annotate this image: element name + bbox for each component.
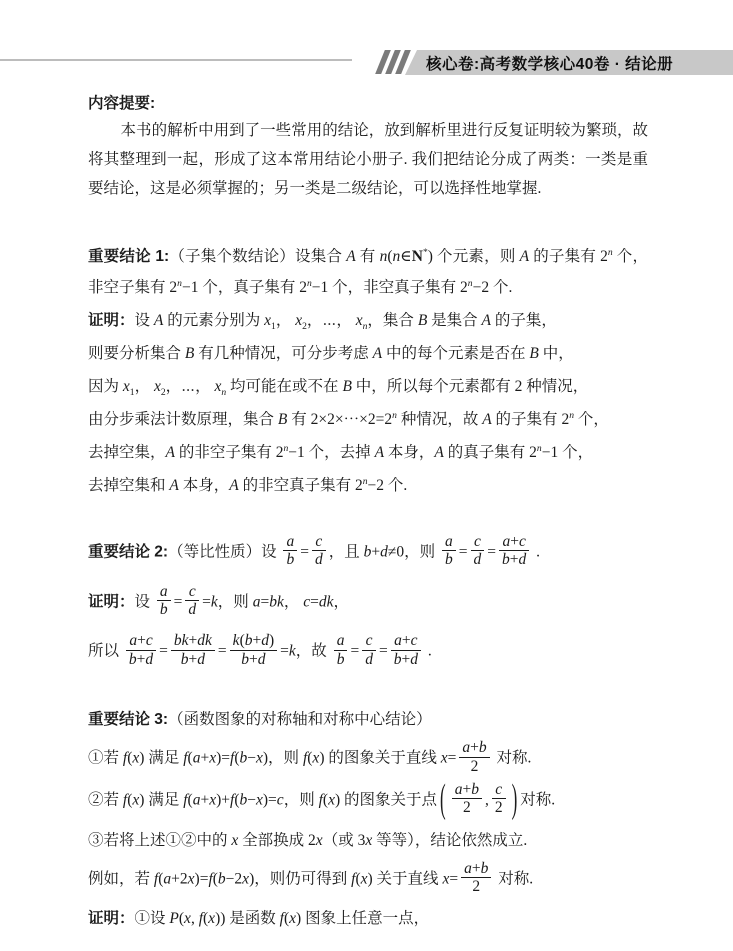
math-run: 2 — [299, 279, 307, 296]
numerator: c — [471, 533, 485, 551]
math-var: f — [280, 910, 284, 927]
math-var: b — [481, 860, 489, 877]
math-run: f(x) — [351, 870, 373, 887]
math-var: a — [286, 533, 294, 550]
math-var: a — [337, 632, 345, 649]
math-run: = — [487, 543, 496, 560]
text-run: ③若将上述①②中的 — [88, 832, 231, 849]
math-var: x — [328, 791, 335, 808]
fraction: a+cb+d — [499, 533, 529, 569]
math-var: B — [278, 411, 287, 428]
text-run: 去掉空集， — [88, 444, 166, 461]
fraction: ab — [157, 583, 171, 619]
math-var: x — [289, 910, 296, 927]
math-run: 2 — [460, 279, 468, 296]
conclusion-3-item-2: ②若 f(x) 满足 f(a+x)+f(b−x)=c，则 f(x) 的图象关于点… — [88, 783, 648, 819]
math-run: f(a+x)+f(b−x)=c — [183, 791, 283, 808]
denominator: d — [362, 651, 376, 668]
math-var: a — [160, 583, 168, 600]
math-var: f — [319, 791, 323, 808]
bold-label: 证明： — [88, 312, 135, 329]
denominator: b — [157, 601, 171, 618]
math-run: f(x) — [303, 750, 325, 767]
math-var: k — [182, 632, 189, 649]
math-var: b — [269, 593, 277, 610]
math-var: a — [462, 739, 470, 756]
math-run: n(n∈ — [380, 248, 412, 265]
text-run: ， — [135, 378, 154, 395]
math-var: A — [520, 248, 529, 265]
text-run: ①设 — [135, 910, 170, 927]
text-run: （或 — [323, 832, 358, 849]
math-var: A — [169, 477, 178, 494]
text-run: 则要分析集合 — [88, 345, 185, 362]
denominator: b+d — [391, 651, 421, 668]
math-run: f(x) — [280, 910, 302, 927]
text-run: 设 — [135, 593, 154, 610]
text-run: （等比性质）设 — [168, 543, 280, 560]
numerator: bk+dk — [171, 632, 215, 650]
text-run: 种情况，故 — [397, 411, 482, 428]
math-var: d — [365, 651, 373, 668]
math-var: x — [209, 750, 216, 767]
denominator: 2 — [492, 799, 506, 816]
page: 核心卷:高考数学核心40卷 · 结论册 内容提要:本书的解析中用到了一些常用的结… — [0, 0, 733, 951]
math-run: b+d≠0 — [364, 543, 405, 560]
math-run: = — [379, 643, 388, 660]
math-var: b — [471, 781, 479, 798]
text-run: ， — [284, 593, 303, 610]
math-run: c=dk — [303, 593, 333, 610]
math-var: c — [146, 632, 153, 649]
math-var: k — [205, 632, 212, 649]
math-run: x — [264, 312, 271, 329]
numerator: a+c — [391, 632, 421, 650]
math-var: c — [366, 632, 373, 649]
math-var: a — [394, 632, 402, 649]
text-run: 满足 — [144, 750, 183, 767]
text-run: （函数图象的对称轴和对称中心结论） — [168, 711, 432, 728]
numerator: a+c — [499, 533, 529, 551]
denominator: b+d — [499, 551, 529, 568]
conclusion-3-item-3: ③若将上述①②中的 x 全部换成 2x（或 3x 等等），结论依然成立. — [88, 825, 648, 856]
text-run: ，则 — [404, 543, 439, 560]
math-var: a — [253, 593, 261, 610]
math-var: b — [364, 543, 372, 560]
math-var: f — [230, 791, 234, 808]
math-var: b — [245, 632, 253, 649]
denominator: d — [185, 601, 199, 618]
denominator: b — [334, 651, 348, 668]
fraction: a+b2 — [452, 781, 482, 817]
math-run: −2 — [368, 477, 385, 494]
math-run: B — [185, 345, 194, 362]
math-var: A — [229, 477, 238, 494]
math-var: f — [351, 870, 355, 887]
math-var: c — [495, 781, 502, 798]
math-var: d — [474, 551, 482, 568]
math-var: d — [380, 543, 388, 560]
math-var: b — [337, 651, 345, 668]
math-var: A — [434, 444, 443, 461]
math-run: −1 — [182, 279, 199, 296]
numerator: c — [312, 533, 326, 551]
math-run: A — [375, 444, 384, 461]
math-run: f(a+x)=f(b−x) — [183, 750, 268, 767]
fraction: cd — [185, 583, 199, 619]
math-var: a — [502, 533, 510, 550]
text-run: ，则 — [268, 750, 303, 767]
text-run: 的元素分别为 — [163, 312, 264, 329]
section-conclusion-1: 重要结论 1:（子集个数结论）设集合 A 有 n(n∈N*) 个元素，则 A 的… — [88, 241, 648, 501]
fraction: cd — [362, 632, 376, 668]
math-var: b — [239, 791, 247, 808]
math-var: A — [346, 248, 355, 265]
numerator: c — [492, 781, 506, 799]
math-run: f(x) — [123, 791, 145, 808]
math-run: =k — [202, 593, 218, 610]
text-run: 因为 — [88, 378, 123, 395]
math-var: b — [286, 551, 294, 568]
math-var: f — [183, 750, 187, 767]
text-run: ，⋯， — [307, 312, 356, 329]
text-run: 个，去掉 — [305, 444, 375, 461]
math-var: d — [258, 651, 266, 668]
math-var: x — [132, 791, 139, 808]
math-run: x — [154, 378, 161, 395]
math-run: −1 — [288, 444, 305, 461]
header-rule — [0, 59, 352, 61]
text-run: 是集合 — [427, 312, 481, 329]
text-run: 均可能在或不在 — [226, 378, 342, 395]
text-run: 个，非空真子集有 — [328, 279, 460, 296]
numerator: a+b — [452, 781, 482, 799]
text-run: 个. — [384, 477, 407, 494]
text-run: 全部换成 — [238, 832, 308, 849]
math-run: B — [529, 345, 538, 362]
math-run: P(x, f(x)) — [169, 910, 225, 927]
numerator: a+b — [459, 739, 489, 757]
fraction: a+cb+d — [126, 632, 156, 668]
math-var: f — [183, 791, 187, 808]
math-var: a — [455, 781, 463, 798]
math-var: b — [502, 551, 510, 568]
math-run: A — [229, 477, 238, 494]
math-var: x — [264, 312, 271, 329]
conclusion-2-statement: 重要结论 2:（等比性质）设 ab=cd，且 b+d≠0，则 ab=cd=a+c… — [88, 535, 648, 571]
numerator: a — [334, 632, 348, 650]
conclusion-1-statement: 重要结论 1:（子集个数结论）设集合 A 有 n(n∈N*) 个元素，则 A 的… — [88, 241, 648, 303]
math-var: A — [375, 444, 384, 461]
text-run: 的子集有 — [492, 411, 562, 428]
text-run: ，则仍可得到 — [254, 870, 351, 887]
text-run: 个，真子集有 — [198, 279, 299, 296]
text-run: 本身， — [179, 477, 229, 494]
math-var: b — [181, 651, 189, 668]
conclusion-3-proof-line-1: 证明：①设 P(x, f(x)) 是函数 f(x) 图象上任意一点， — [88, 903, 648, 934]
big-right-paren: ) — [512, 762, 518, 835]
math-run: = — [459, 543, 468, 560]
document-body: 内容提要:本书的解析中用到了一些常用的结论，放到解析里进行反复证明较为繁琐，故将… — [88, 92, 648, 934]
text-run: 有几种情况，可分步考虑 — [194, 345, 372, 362]
conclusion-1-proof-line-5: 去掉空集，A 的非空子集有 2n−1 个，去掉 A 本身，A 的真子集有 2n−… — [88, 437, 648, 468]
intro-heading: 内容提要: — [88, 92, 648, 116]
math-run: A — [520, 248, 529, 265]
math-run: −2 — [473, 279, 490, 296]
math-bold-symbol: N — [412, 248, 423, 265]
math-run: B — [418, 312, 427, 329]
math-var: A — [482, 312, 491, 329]
math-run: = — [174, 593, 183, 610]
denominator: b+d — [126, 651, 156, 668]
text-run: 例如，若 — [88, 870, 154, 887]
math-run: A — [169, 477, 178, 494]
math-var: b — [241, 651, 249, 668]
math-run: f(x) — [123, 750, 145, 767]
text-run: ， — [276, 312, 295, 329]
denominator: b — [283, 551, 297, 568]
math-var: x — [208, 910, 215, 927]
math-var: k — [289, 643, 296, 660]
intro-paragraph: 本书的解析中用到了一些常用的结论，放到解析里进行反复证明较为繁琐，故将其整理到一… — [88, 116, 648, 203]
math-var: k — [327, 593, 334, 610]
math-var: c — [315, 533, 322, 550]
math-var: k — [277, 593, 284, 610]
math-var: x — [356, 312, 363, 329]
math-var: b — [218, 870, 226, 887]
math-run: 2×2×⋯×2=2 — [311, 411, 393, 428]
math-run: f(x) — [319, 791, 341, 808]
text-run: 等等），结论依然成立. — [372, 832, 527, 849]
math-run: =k — [280, 643, 296, 660]
math-run: 2 — [169, 279, 177, 296]
conclusion-1-proof-line-4: 由分步乘法计数原理，集合 B 有 2×2×⋯×2=2n 种情况，故 A 的子集有… — [88, 404, 648, 435]
math-var: b — [239, 750, 247, 767]
numerator: a — [157, 583, 171, 601]
text-run: 的非空子集有 — [175, 444, 276, 461]
fraction: cd — [312, 533, 326, 569]
math-var: f — [123, 750, 127, 767]
math-run: x — [123, 378, 130, 395]
math-var: d — [315, 551, 323, 568]
math-var: f — [154, 870, 158, 887]
denominator: 2 — [459, 758, 489, 775]
conclusion-2-proof-line-1: 证明：设 ab=cd=k，则 a=bk， c=dk， — [88, 585, 648, 621]
math-var: f — [230, 750, 234, 767]
math-var: A — [373, 345, 382, 362]
text-run: 个元素，则 — [433, 248, 520, 265]
math-var: c — [189, 583, 196, 600]
math-var: x — [442, 870, 449, 887]
math-var: f — [208, 870, 212, 887]
math-var: x — [123, 378, 130, 395]
math-run: 2 — [529, 444, 537, 461]
math-var: b — [394, 651, 402, 668]
math-run: = — [300, 543, 309, 560]
text-run: 的图象关于点 — [340, 791, 437, 808]
math-run: A — [154, 312, 163, 329]
math-run: 2x — [308, 832, 323, 849]
denominator: 2 — [452, 799, 482, 816]
denominator: d — [312, 551, 326, 568]
text-run: ②若 — [88, 791, 123, 808]
text-run: （子集个数结论）设集合 — [169, 248, 346, 265]
math-var: d — [519, 551, 527, 568]
text-run: 有 — [287, 411, 310, 428]
text-run: 的非空真子集有 — [239, 477, 355, 494]
text-run: ，则 — [218, 593, 253, 610]
section-conclusion-2: 重要结论 2:（等比性质）设 ab=cd，且 b+d≠0，则 ab=cd=a+c… — [88, 535, 648, 670]
math-run: A — [482, 312, 491, 329]
math-run: 2 — [276, 444, 284, 461]
math-var: B — [342, 378, 351, 395]
fraction: k(b+d)b+d — [230, 632, 277, 668]
math-var: P — [169, 910, 178, 927]
text-run: ①若 — [88, 750, 123, 767]
text-run: 的图象关于直线 — [324, 750, 440, 767]
header-banner: 核心卷:高考数学核心40卷 · 结论册 — [405, 50, 733, 75]
math-var: a — [193, 750, 201, 767]
text-run: 的真子集有 — [444, 444, 529, 461]
numerator: k(b+d) — [230, 632, 277, 650]
text-run: ，集合 — [367, 312, 417, 329]
denominator: b+d — [230, 651, 277, 668]
math-var: d — [197, 651, 205, 668]
text-run: 个. — [489, 279, 512, 296]
text-run: 对称. — [494, 870, 533, 887]
numerator: a+c — [126, 632, 156, 650]
big-left-paren: ( — [440, 762, 446, 835]
section-conclusion-3: 重要结论 3:（函数图象的对称轴和对称中心结论）①若 f(x) 满足 f(a+x… — [88, 704, 648, 934]
text-run: 的子集有 — [529, 248, 600, 265]
conclusion-1-proof-line-6: 去掉空集和 A 本身，A 的非空真子集有 2n−2 个. — [88, 470, 648, 501]
text-run: 本书的解析中用到了一些常用的结论，放到解析里进行反复证明较为繁琐，故将其整理到一… — [88, 122, 648, 197]
math-run: = — [350, 643, 359, 660]
fraction: a+b2 — [459, 739, 489, 775]
text-run: . — [532, 543, 540, 560]
math-var: c — [411, 632, 418, 649]
math-var: c — [474, 533, 481, 550]
text-run: 关于直线 — [373, 870, 443, 887]
text-run: . — [424, 643, 432, 660]
math-var: x — [312, 750, 319, 767]
math-var: x — [188, 870, 195, 887]
math-var: x — [184, 910, 191, 927]
conclusion-1-proof-line-2: 则要分析集合 B 有几种情况，可分步考虑 A 中的每个元素是否在 B 中， — [88, 338, 648, 369]
math-var: a — [163, 870, 171, 887]
fraction: c2 — [492, 781, 506, 817]
text-run: 图象上任意一点， — [301, 910, 429, 927]
fraction: ab — [283, 533, 297, 569]
text-run: 满足 — [144, 791, 183, 808]
math-var: d — [145, 651, 153, 668]
math-run: = — [159, 643, 168, 660]
bold-label: 证明： — [88, 593, 135, 610]
math-var: f — [303, 750, 307, 767]
denominator: b+d — [171, 651, 215, 668]
math-var: d — [319, 593, 327, 610]
text-run: ，故 — [296, 643, 331, 660]
math-var: c — [519, 533, 526, 550]
text-run: 所以 — [88, 643, 123, 660]
math-var: d — [197, 632, 205, 649]
math-var: k — [233, 632, 240, 649]
conclusion-1-proof-line-1: 证明：设 A 的元素分别为 x1， x2，⋯， xn，集合 B 是集合 A 的子… — [88, 305, 648, 336]
denominator: 2 — [461, 878, 491, 895]
math-var: n — [380, 248, 388, 265]
math-run: x= — [442, 870, 458, 887]
text-run: 设 — [135, 312, 154, 329]
text-run: 本身， — [384, 444, 434, 461]
text-run: 有 — [356, 248, 380, 265]
math-run: 3x — [358, 832, 373, 849]
text-run: 中的每个元素是否在 — [382, 345, 529, 362]
banner-title: 核心卷:高考数学核心40卷 · 结论册 — [426, 52, 673, 74]
math-var: a — [129, 632, 137, 649]
math-var: x — [242, 870, 249, 887]
text-run: ， — [334, 593, 350, 610]
fraction: ab — [334, 632, 348, 668]
math-run: 2 — [355, 477, 363, 494]
math-var: x — [256, 750, 263, 767]
math-var: d — [188, 601, 196, 618]
text-run: 是函数 — [225, 910, 279, 927]
fraction: a+b2 — [461, 860, 491, 896]
math-var: n — [393, 248, 401, 265]
numerator: a — [442, 533, 456, 551]
math-var: d — [261, 632, 269, 649]
section-intro: 内容提要:本书的解析中用到了一些常用的结论，放到解析里进行反复证明较为繁琐，故将… — [88, 92, 648, 203]
text-run: 中，所以每个元素都有 2 种情况， — [352, 378, 588, 395]
math-var: x — [316, 832, 323, 849]
math-run: = — [218, 643, 227, 660]
text-run: 由分步乘法计数原理，集合 — [88, 411, 278, 428]
math-var: c — [303, 593, 310, 610]
numerator: a+b — [461, 860, 491, 878]
numerator: a — [283, 533, 297, 551]
math-run: x — [356, 312, 363, 329]
math-var: f — [199, 910, 203, 927]
bold-label: 证明： — [88, 910, 135, 927]
math-var: b — [160, 601, 168, 618]
math-run: A — [434, 444, 443, 461]
math-var: x — [209, 791, 216, 808]
text-run: 的子集， — [491, 312, 557, 329]
math-var: c — [277, 791, 284, 808]
math-var: k — [211, 593, 218, 610]
fraction: cd — [471, 533, 485, 569]
conclusion-3-item-1: ①若 f(x) 满足 f(a+x)=f(b−x)，则 f(x) 的图象关于直线 … — [88, 741, 648, 777]
bold-label: 重要结论 1: — [88, 248, 169, 265]
bold-label: 重要结论 3: — [88, 711, 168, 728]
math-var: b — [174, 632, 182, 649]
bold-label: 内容提要: — [88, 95, 155, 112]
math-run: A — [166, 444, 175, 461]
text-run: ，⋯， — [166, 378, 215, 395]
math-run: B — [278, 411, 287, 428]
math-run: −1 — [542, 444, 559, 461]
math-run: A — [482, 411, 491, 428]
text-run: ，且 — [329, 543, 364, 560]
math-run: A — [346, 248, 355, 265]
conclusion-2-proof-line-2: 所以 a+cb+d=bk+dkb+d=k(b+d)b+d=k，故 ab=cd=a… — [88, 634, 648, 670]
text-run: 个， — [574, 411, 609, 428]
math-var: f — [123, 791, 127, 808]
math-var: d — [410, 651, 418, 668]
math-var: x — [361, 870, 368, 887]
math-var: A — [166, 444, 175, 461]
math-run: B — [342, 378, 351, 395]
